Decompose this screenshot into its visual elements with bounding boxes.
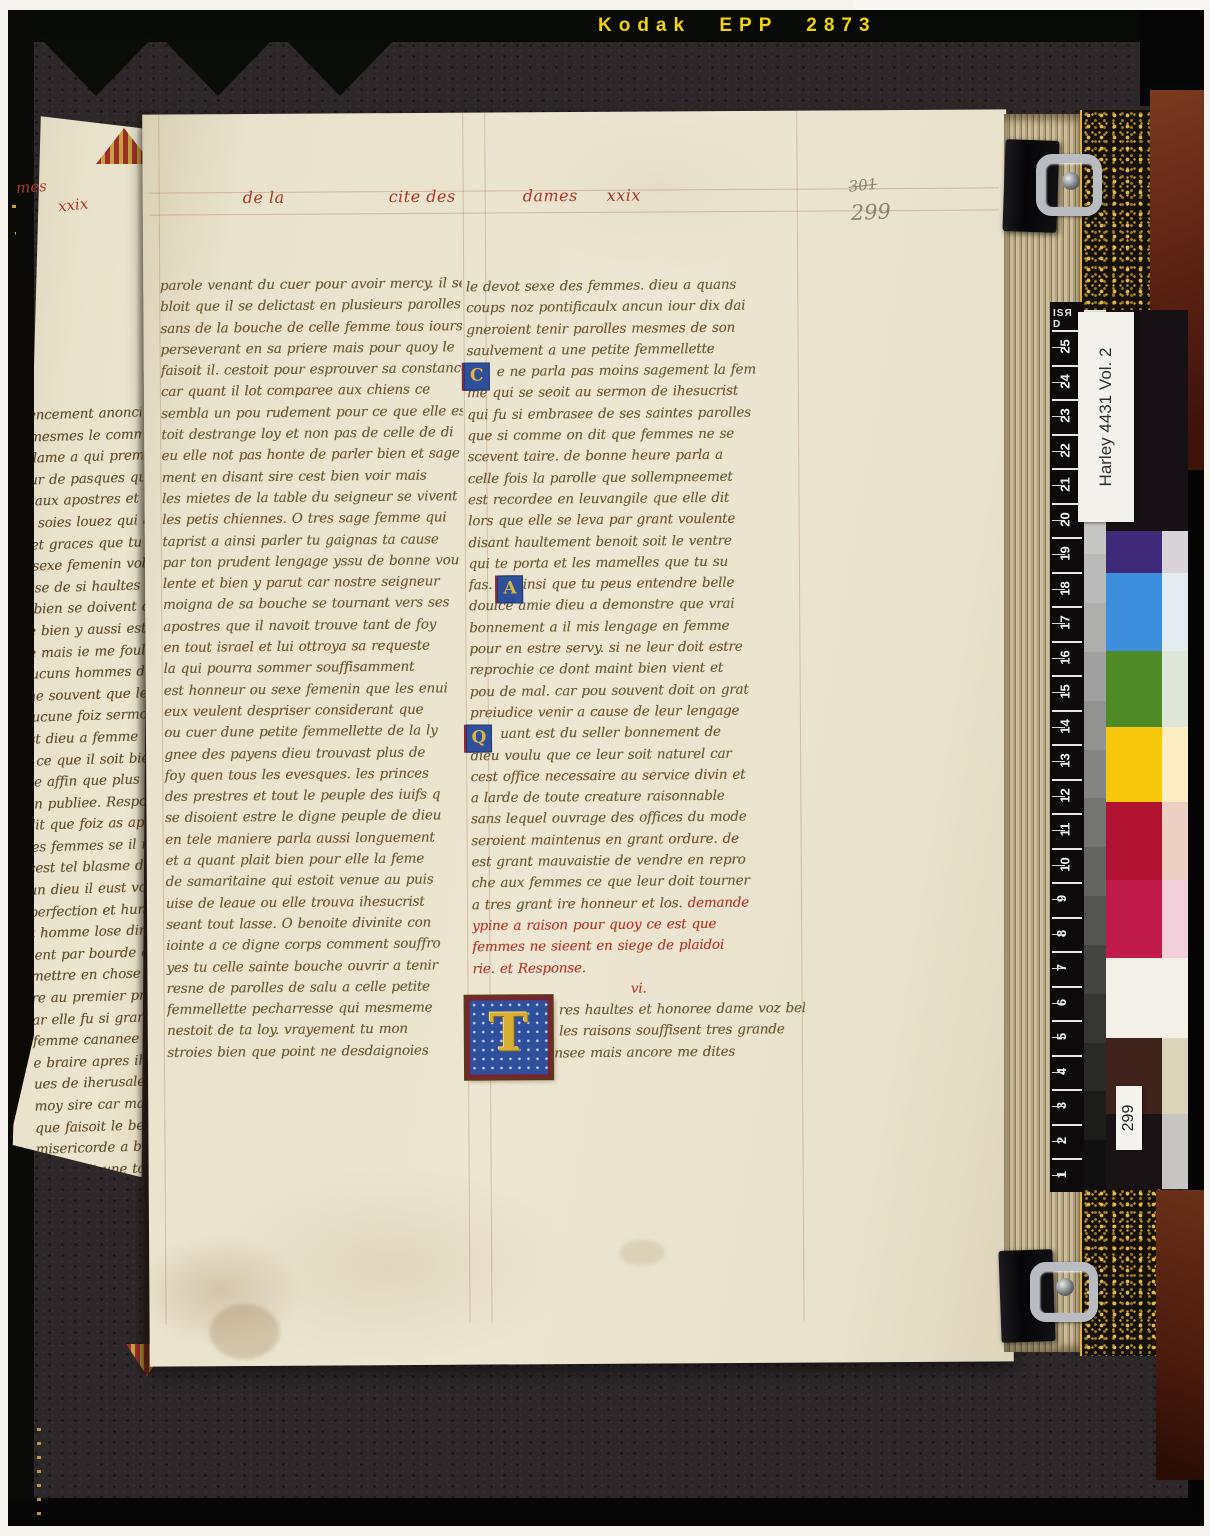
color-patch-tint — [1162, 531, 1188, 573]
color-patch-tint — [1162, 1038, 1188, 1114]
foliation-struck: 301 — [848, 175, 878, 196]
ruler-number-cell: 7 — [1052, 951, 1082, 988]
manuscript-line: sans de la bouche de celle femme tous io… — [160, 318, 462, 342]
manuscript-line: en tele maniere parla aussi longuement — [165, 829, 467, 853]
color-patch — [1106, 531, 1162, 573]
color-patch-row-yellow — [1106, 727, 1188, 802]
manuscript-line: ue affin que plus ust — [25, 769, 152, 794]
color-patch-tint — [1162, 802, 1188, 880]
manuscript-line: bloit que il se delictast en plusieurs p… — [160, 296, 462, 320]
color-patch-row-green — [1106, 651, 1188, 727]
illuminated-initial-t: T — [466, 996, 552, 1079]
ruler-number-cell: 2 — [1052, 1124, 1082, 1161]
manuscript-line: et a quant plait bien pour elle la feme — [165, 850, 467, 874]
ruler-half-tick — [1052, 485, 1065, 486]
ruler-half-tick — [1052, 1175, 1065, 1176]
grayscale-step — [1084, 701, 1106, 750]
color-patch — [1106, 958, 1162, 1038]
ruler-number-cell: 12 — [1052, 779, 1082, 816]
manuscript-line: en tout israel et lui ottroya sa request… — [163, 637, 465, 661]
grayscale-step — [1084, 1140, 1106, 1189]
folio-number-sticker: 299 — [1116, 1086, 1142, 1150]
color-patch — [1106, 880, 1162, 958]
folio-sticker-text: 299 — [1120, 1105, 1138, 1132]
manuscript-line: car quant il lot comparee aux chiens ce — [161, 382, 463, 406]
illuminated-initial-q: Q — [466, 725, 492, 753]
color-patch-row-purple — [1106, 531, 1188, 573]
ruler-number-cell: 15 — [1052, 675, 1082, 712]
foliation-current: 299 — [850, 199, 891, 225]
ruler-half-tick — [1052, 727, 1065, 728]
manuscript-page: de la cite des dames xxix 301 299 parole… — [142, 109, 1014, 1366]
running-title-part: dames — [523, 186, 578, 205]
text-column-left: parole venant du cuer pour avoir mercy. … — [160, 275, 470, 1066]
film-stock-label: Kodak EPP 2873 — [598, 15, 958, 37]
manuscript-line: femmellette pecharresse qui mesmeme — [167, 999, 469, 1023]
photograph-stage: Kodak EPP 2873 mencement anoncie paril m… — [0, 0, 1210, 1536]
leather-cover-bottom — [1156, 1190, 1204, 1480]
manuscript-line: resne de parolles de salu a celle petite — [167, 978, 469, 1002]
manuscript-line: se bien y aussi este — [21, 618, 148, 643]
shelfmark-label: Harley 4431 Vol. 2 — [1078, 312, 1134, 522]
manuscript-line: moigna de sa bouche se tournant vers ses — [163, 595, 465, 619]
ruler-number-cell: 6 — [1052, 986, 1082, 1023]
ruler-half-tick — [1052, 554, 1065, 555]
shelfmark-text: Harley 4431 Vol. 2 — [1096, 348, 1116, 487]
manuscript-line: les mietes de la table du seigneur se vi… — [162, 488, 464, 512]
color-patch-tint — [1162, 310, 1188, 531]
manuscript-line: faisoit il. cestoit pour esprouver sa co… — [161, 360, 463, 384]
manuscript-line: sembla un pou rudement pour ce que elle … — [161, 403, 463, 427]
ruler-half-tick — [1052, 520, 1065, 521]
ruler-number-cell: 3 — [1052, 1089, 1082, 1126]
manuscript-line: foy quen tous les evesques. les princes — [165, 765, 467, 789]
running-title-part: xxix — [607, 186, 641, 205]
manuscript-line: uise de leaue ou elle trouva ihesucrist — [166, 893, 468, 917]
ruler-number-cell: 9 — [1052, 882, 1082, 919]
ruler-number-cell: 18 — [1052, 572, 1082, 609]
ruler-half-tick — [1052, 658, 1065, 659]
manuscript-line: apostres que il navoit trouve tant de fo… — [163, 616, 465, 640]
ruler-number-cell: 10 — [1052, 848, 1082, 885]
ruler-half-tick — [1052, 692, 1065, 693]
grayscale-step — [1084, 798, 1106, 847]
ruler-half-tick — [1052, 589, 1065, 590]
manuscript-line: taprist a ainsi parler tu gaignas ta cau… — [162, 531, 464, 555]
parchment-stain — [209, 1304, 279, 1359]
binder-clip-top-hole — [1062, 172, 1080, 190]
fragment-running-title: mes — [15, 177, 47, 197]
manuscript-line: seant tout lasse. O benoite divinite con — [166, 914, 468, 938]
ruler-number-cell: 19 — [1052, 537, 1082, 574]
running-title-part: cite des — [389, 187, 456, 206]
ruler-number-cell: 5 — [1052, 1020, 1082, 1057]
manuscript-line: ment en disant sire cest bien voir mais — [162, 467, 464, 491]
manuscript-line: perseverant en sa priere mais pour quoy … — [160, 339, 462, 363]
manuscript-line: nestoit de ta loy. vrayement tu mon — [167, 1021, 469, 1045]
manuscript-line: ou cuer dune petite femmellette de la ly — [164, 722, 466, 746]
ruler-half-tick — [1052, 416, 1065, 417]
film-rebate-bottom — [8, 1498, 1204, 1526]
ruler-half-tick — [1052, 1141, 1065, 1142]
color-patch — [1106, 727, 1162, 802]
ruler-half-tick — [1052, 1003, 1065, 1004]
ruler-half-tick — [1052, 451, 1065, 452]
manuscript-line: la qui pourra sommer souffisamment — [163, 659, 465, 683]
illuminated-initial-c: C — [464, 363, 490, 391]
ruler-number-cell: 8 — [1052, 917, 1082, 954]
ruler-half-tick — [1052, 796, 1065, 797]
manuscript-line: est honneur ou sexe femenin que les enui — [164, 680, 466, 704]
ruler-half-tick — [1052, 1106, 1065, 1107]
manuscript-line: gnee des payens dieu trouvast plus de — [164, 744, 466, 768]
ruler-number-cell: 14 — [1052, 710, 1082, 747]
running-title-part: de la — [243, 188, 285, 207]
manuscript-line: stroies bien que point ne desdaignoies — [167, 1042, 469, 1066]
color-patch-row-crimson — [1106, 880, 1188, 958]
ruler-half-tick — [1052, 623, 1065, 624]
grayscale-step — [1084, 750, 1106, 799]
text-column-right: le devot sexe des femmes. dieu a quansco… — [466, 276, 806, 1067]
color-patch-tint — [1162, 880, 1188, 958]
manuscript-line: les petis chiennes. O tres sage femme qu… — [162, 509, 464, 533]
ruler-number-cell: 17 — [1052, 606, 1082, 643]
ruler-half-tick — [1052, 899, 1065, 900]
grayscale-step — [1084, 554, 1106, 603]
ruler-number-cell: 1 — [1052, 1158, 1082, 1195]
ruler-half-tick — [1052, 347, 1065, 348]
manuscript-line: de samaritaine qui estoit venue au puis — [166, 871, 468, 895]
manuscript-line: des prestres et tout le peuple des iuifs… — [165, 786, 467, 810]
manuscript-line: par ton prudent lengage yssu de bonne vo… — [162, 552, 464, 576]
grayscale-step — [1084, 652, 1106, 701]
grayscale-step — [1084, 847, 1106, 896]
color-patch-tint — [1162, 651, 1188, 727]
grayscale-step — [1084, 896, 1106, 945]
color-patch — [1106, 651, 1162, 727]
ruler-half-tick — [1052, 761, 1065, 762]
color-patch-tint — [1162, 1114, 1188, 1189]
manuscript-line: es soies louez qui avez a — [18, 510, 145, 535]
ruler-half-tick — [1052, 1037, 1065, 1038]
ruler-half-tick — [1052, 934, 1065, 935]
color-patch-row-blue — [1106, 573, 1188, 651]
color-patch — [1106, 802, 1162, 880]
film-edge-marks — [37, 1428, 41, 1518]
ruler-half-tick — [1052, 382, 1065, 383]
color-patch-row-white — [1106, 958, 1188, 1038]
ruler-half-tick — [1052, 865, 1065, 866]
color-patch-tint — [1162, 573, 1188, 651]
color-patch — [1106, 573, 1162, 651]
manuscript-line: aucuns hommes dient — [22, 661, 149, 686]
manuscript-line: toit destrange loy et non pas de celle d… — [161, 424, 463, 448]
grayscale-step — [1084, 945, 1106, 994]
ruler-half-tick — [1052, 1072, 1065, 1073]
parchment-stain — [619, 1239, 665, 1265]
grayscale-step — [1084, 1043, 1106, 1092]
grayscale-step — [1084, 603, 1106, 652]
illuminated-initial-a: A — [497, 575, 523, 603]
ruler-number-cell: 13 — [1052, 744, 1082, 781]
ruler-half-tick — [1052, 830, 1065, 831]
ruler-number-cell: 11 — [1052, 813, 1082, 850]
manuscript-line: yes tu celle sainte bouche ouvrir a teni… — [166, 957, 468, 981]
color-patch-tint — [1162, 958, 1188, 1038]
manuscript-line: eu elle not pas honte de parler bien et … — [161, 446, 463, 470]
gutter-shadow-wedge — [8, 208, 34, 1148]
manuscript-line: lente et bien y parut car nostre seigneu… — [163, 573, 465, 597]
manuscript-line: se disoient estre le digne peuple de die… — [165, 808, 467, 832]
binder-clip-bottom-hole — [1056, 1278, 1074, 1296]
ruler-number-cell: 16 — [1052, 641, 1082, 678]
grayscale-step — [1084, 1091, 1106, 1140]
color-patch-row-red — [1106, 802, 1188, 880]
color-patch-tint — [1162, 727, 1188, 802]
manuscript-line: iointe a ce digne corps comment souffro — [166, 935, 468, 959]
ruler-number-cell: 4 — [1052, 1055, 1082, 1092]
fragment-running-title-number: xxix — [57, 194, 89, 215]
grayscale-step — [1084, 994, 1106, 1043]
manuscript-line: ist dieu a femme — [24, 726, 151, 751]
ruler-half-tick — [1052, 968, 1065, 969]
manuscript-line: parole venant du cuer pour avoir mercy. … — [160, 275, 462, 299]
manuscript-line: eux veulent despriser considerant que — [164, 701, 466, 725]
